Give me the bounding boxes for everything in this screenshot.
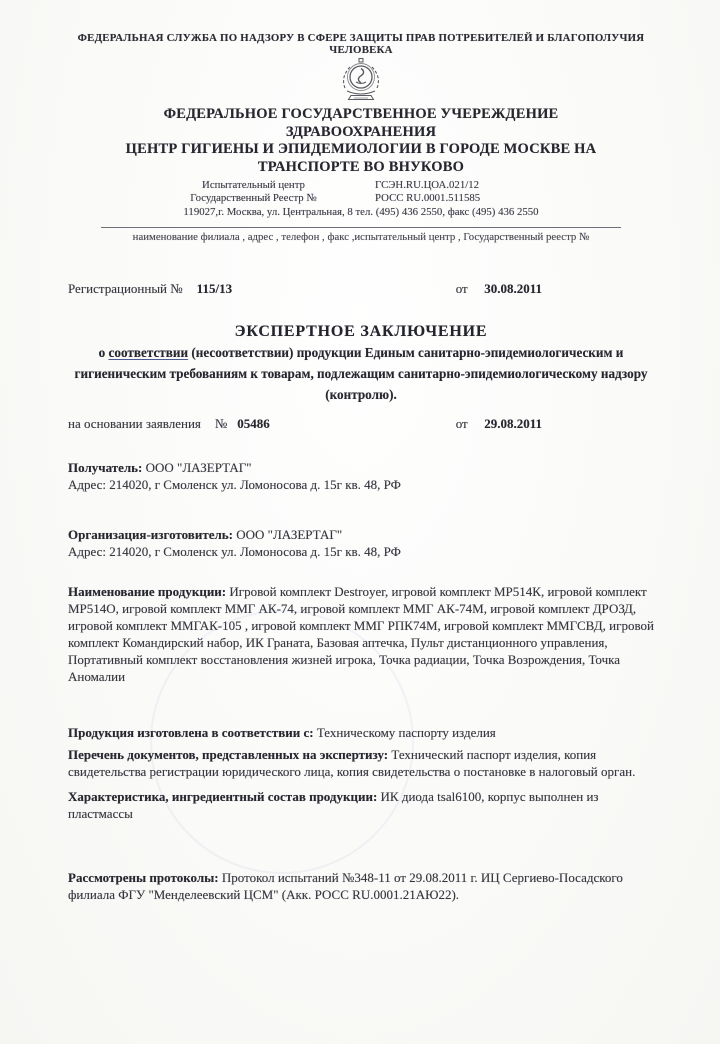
- address-phone-line: 119027,г. Москва, ул. Центральная, 8 тел…: [68, 206, 654, 219]
- document-title: ЭКСПЕРТНОЕ ЗАКЛЮЧЕНИЕ: [68, 323, 654, 341]
- state-register-row: Государственный Реестр № РОСС RU.0001.51…: [146, 192, 576, 205]
- protocols-label: Рассмотрены протоколы:: [68, 870, 222, 885]
- field-manufactured-according: Продукция изготовлена в соответствии с: …: [68, 724, 654, 741]
- recipient-line: Получатель: ООО "ЛАЗЕРТАГ": [68, 459, 654, 476]
- recipient-label: Получатель:: [68, 460, 146, 475]
- application-date: 29.08.2011: [484, 416, 542, 431]
- manufacturer-address: Адрес: 214020, г Смоленск ул. Ломоносова…: [68, 543, 654, 560]
- manufactured-according-label: Продукция изготовлена в соответствии с:: [68, 725, 317, 740]
- state-register-label: Государственный Реестр №: [146, 192, 361, 205]
- state-register-value: РОСС RU.0001.511585: [361, 192, 576, 205]
- document-subtitle: о соответствии (несоответствии) продукци…: [68, 342, 654, 405]
- field-product-name: Наименование продукции: Игровой комплект…: [68, 583, 654, 685]
- registration-number: 115/13: [197, 281, 232, 297]
- institution-emblem-icon: [68, 58, 654, 105]
- documents-list-label: Перечень документов, представленных на э…: [68, 747, 391, 762]
- federal-service-header: ФЕДЕРАЛЬНАЯ СЛУЖБА ПО НАДЗОРУ В СФЕРЕ ЗА…: [68, 32, 654, 56]
- product-name-value: Игровой комплект Destroyer, игровой комп…: [68, 584, 654, 684]
- subtitle-prefix: о: [99, 345, 109, 360]
- document-page: ФЕДЕРАЛЬНАЯ СЛУЖБА ПО НАДЗОРУ В СФЕРЕ ЗА…: [0, 0, 720, 1044]
- application-number: 05486: [237, 416, 270, 432]
- application-row: на основании заявления № 05486 от 29.08.…: [68, 416, 654, 432]
- institution-name: ФЕДЕРАЛЬНОЕ ГОСУДАРСТВЕННОЕ УЧЕРЕЖДЕНИЕ …: [68, 106, 654, 176]
- field-recipient: Получатель: ООО "ЛАЗЕРТАГ" Адрес: 214020…: [68, 459, 654, 493]
- institution-name-line3: ТРАНСПОРТЕ ВО ВНУКОВО: [108, 159, 614, 177]
- testing-center-value: ГСЭН.RU.ЦОА.021/12: [361, 179, 576, 192]
- testing-center-label: Испытательный центр: [146, 179, 361, 192]
- header-divider: [101, 227, 621, 228]
- registration-date: 30.08.2011: [484, 281, 542, 296]
- product-name-label: Наименование продукции:: [68, 584, 229, 599]
- institution-name-line2: ЦЕНТР ГИГИЕНЫ И ЭПИДЕМИОЛОГИИ В ГОРОДЕ М…: [108, 141, 614, 159]
- application-no-sign: №: [215, 416, 227, 432]
- application-label: на основании заявления: [68, 416, 201, 432]
- manufacturer-line: Организация-изготовитель: ООО "ЛАЗЕРТАГ": [68, 526, 654, 543]
- testing-center-row: Испытательный центр ГСЭН.RU.ЦОА.021/12: [146, 179, 576, 192]
- field-protocols: Рассмотрены протоколы: Протокол испытани…: [68, 869, 654, 903]
- field-documents-list: Перечень документов, представленных на э…: [68, 746, 654, 780]
- manufacturer-value: ООО "ЛАЗЕРТАГ": [236, 527, 342, 542]
- recipient-value: ООО "ЛАЗЕРТАГ": [146, 460, 252, 475]
- header-footnote: наименование филиала , адрес , телефон ,…: [68, 231, 654, 243]
- characteristics-label: Характеристика, ингредиентный состав про…: [68, 789, 381, 804]
- field-characteristics: Характеристика, ингредиентный состав про…: [68, 788, 654, 822]
- application-from-label: от: [456, 416, 468, 431]
- recipient-address: Адрес: 214020, г Смоленск ул. Ломоносова…: [68, 476, 654, 493]
- subtitle-underlined-word: соответствии: [109, 345, 189, 360]
- registration-date-group: от 30.08.2011: [456, 281, 542, 297]
- field-manufacturer: Организация-изготовитель: ООО "ЛАЗЕРТАГ"…: [68, 526, 654, 560]
- registration-label: Регистрационный №: [68, 281, 183, 297]
- accreditation-info-table: Испытательный центр ГСЭН.RU.ЦОА.021/12 Г…: [146, 179, 576, 205]
- institution-name-line1: ФЕДЕРАЛЬНОЕ ГОСУДАРСТВЕННОЕ УЧЕРЕЖДЕНИЕ …: [108, 106, 614, 141]
- application-date-group: от 29.08.2011: [456, 416, 542, 432]
- manufactured-according-value: Техническому паспорту изделия: [317, 725, 496, 740]
- registration-row: Регистрационный № 115/13 от 30.08.2011: [68, 281, 654, 297]
- registration-from-label: от: [456, 281, 468, 296]
- manufacturer-label: Организация-изготовитель:: [68, 527, 236, 542]
